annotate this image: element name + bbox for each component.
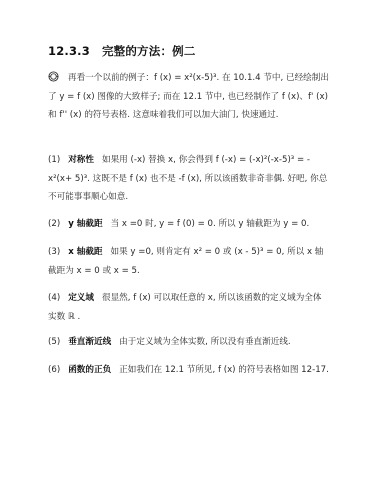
item-domain: (4)定义域很显然, f (x) 可以取任意的 x, 所以该函数的定义域为全体实… — [48, 289, 330, 326]
item-label: (2) — [48, 219, 60, 229]
item-heading: 对称性 — [68, 155, 94, 165]
intro-paragraph: 再看一个以前的例子：f (x) = x²(x-5)³. 在 10.1.4 节中,… — [48, 69, 330, 125]
item-label: (5) — [48, 337, 60, 347]
item-text: 由于定义域为全体实数, 所以没有垂直渐近线. — [119, 337, 290, 347]
item-symmetry: (1)对称性如果用 (-x) 替换 x, 你会得到 f (-x) = (-x)²… — [48, 151, 330, 207]
item-text: 当 x =0 时, y = f (0) = 0. 所以 y 轴截距为 y = 0… — [111, 219, 310, 229]
item-label: (6) — [48, 365, 60, 375]
item-y-intercept: (2)y 轴截距当 x =0 时, y = f (0) = 0. 所以 y 轴截… — [48, 215, 330, 234]
item-heading: x 轴截距 — [68, 247, 102, 257]
item-sign: (6)函数的正负正如我们在 12.1 节所见, f (x) 的符号表格如图 12… — [48, 361, 330, 380]
item-heading: y 轴截距 — [68, 219, 102, 229]
item-heading: 函数的正负 — [68, 365, 111, 375]
section-number: 12.3.3 — [48, 44, 90, 58]
item-label: (4) — [48, 293, 60, 303]
item-label: (3) — [48, 247, 60, 257]
section-heading: 完整的方法：例二 — [102, 44, 196, 58]
item-text: 正如我们在 12.1 节所见, f (x) 的符号表格如图 12-17. — [119, 365, 329, 375]
item-heading: 垂直渐近线 — [68, 337, 111, 347]
item-vertical-asymptote: (5)垂直渐近线由于定义域为全体实数, 所以没有垂直渐近线. — [48, 333, 330, 352]
item-label: (1) — [48, 155, 60, 165]
section-title: 12.3.3完整的方法：例二 — [48, 43, 196, 59]
intro-text: 再看一个以前的例子：f (x) = x²(x-5)³. 在 10.1.4 节中,… — [48, 73, 329, 120]
item-x-intercept: (3)x 轴截距如果 y =0, 则肯定有 x² = 0 或 (x - 5)³ … — [48, 243, 330, 280]
target-circle-icon — [48, 71, 59, 82]
item-heading: 定义域 — [68, 293, 94, 303]
